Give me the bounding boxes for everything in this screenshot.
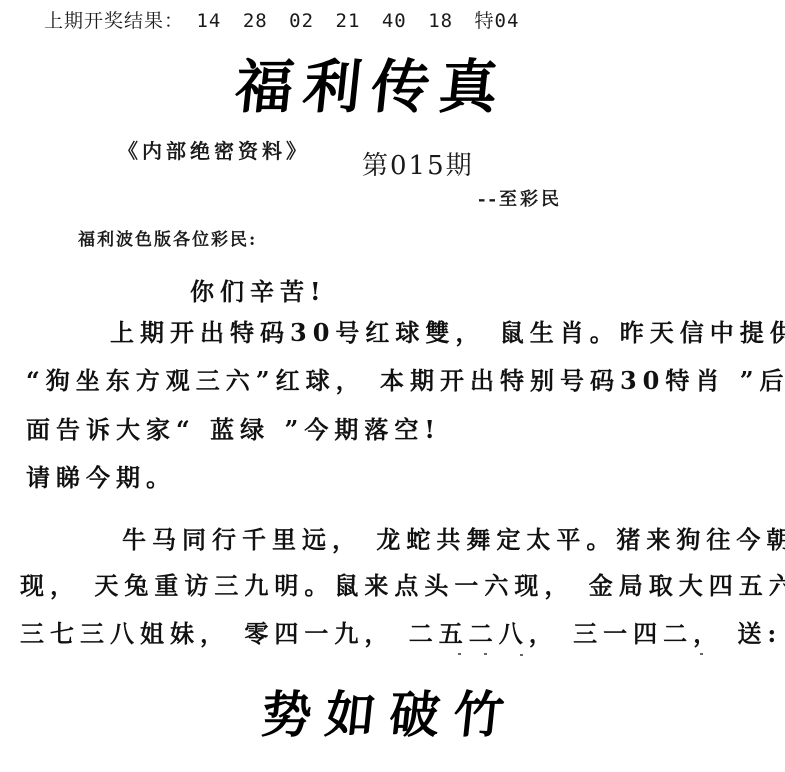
results-label: 上期开奖结果： bbox=[44, 10, 184, 32]
poem-line: 牛马同行千里远， 龙蛇共舞定太平。猪来狗往今朝 bbox=[122, 520, 785, 555]
greeting: 福利波色版各位彩民: bbox=[78, 225, 257, 250]
winning-number: 21 bbox=[336, 10, 361, 32]
last-draw-results: 上期开奖结果： 14 28 02 21 40 18 特04 bbox=[44, 6, 519, 33]
winning-number: 02 bbox=[289, 10, 314, 32]
page-title: 福利传真 bbox=[232, 40, 513, 124]
winning-number: 28 bbox=[243, 10, 268, 32]
body-line: “狗坐东方观三六”红球， 本期开出特别号码30特肖 ”后 bbox=[26, 361, 785, 396]
winning-number: 14 bbox=[196, 10, 221, 32]
body-line: 面告诉大家“ 蓝绿 ”今期落空! bbox=[26, 410, 441, 445]
subtitle: 《内部绝密资料》 bbox=[118, 135, 310, 164]
slogan: 势如破竹 bbox=[258, 675, 522, 747]
poem-line: 现， 天兔重访三九明。鼠来点头一六现， 金局取大四五六。 bbox=[20, 566, 785, 601]
scan-artifact bbox=[484, 653, 487, 655]
special-label: 特 bbox=[475, 10, 495, 32]
special-number: 04 bbox=[495, 10, 520, 32]
scan-artifact bbox=[700, 653, 703, 655]
winning-numbers: 14 28 02 21 40 18 bbox=[196, 10, 474, 32]
winning-number: 40 bbox=[382, 10, 407, 32]
winning-number: 18 bbox=[428, 10, 453, 32]
salute: 你们辛苦! bbox=[190, 272, 327, 307]
scan-artifact bbox=[458, 653, 461, 655]
body-line: 上期开出特码30号红球雙， 鼠生肖。昨天信中提供 bbox=[110, 313, 785, 348]
issue-number: 第015期 bbox=[362, 145, 474, 182]
body-line: 请睇今期。 bbox=[26, 458, 176, 493]
signature: --至彩民 bbox=[478, 185, 562, 211]
scan-artifact bbox=[520, 654, 523, 656]
poem-line: 三七三八姐妹， 零四一九， 二五二八， 三一四二， 送: 蓝绿 bbox=[20, 614, 785, 649]
